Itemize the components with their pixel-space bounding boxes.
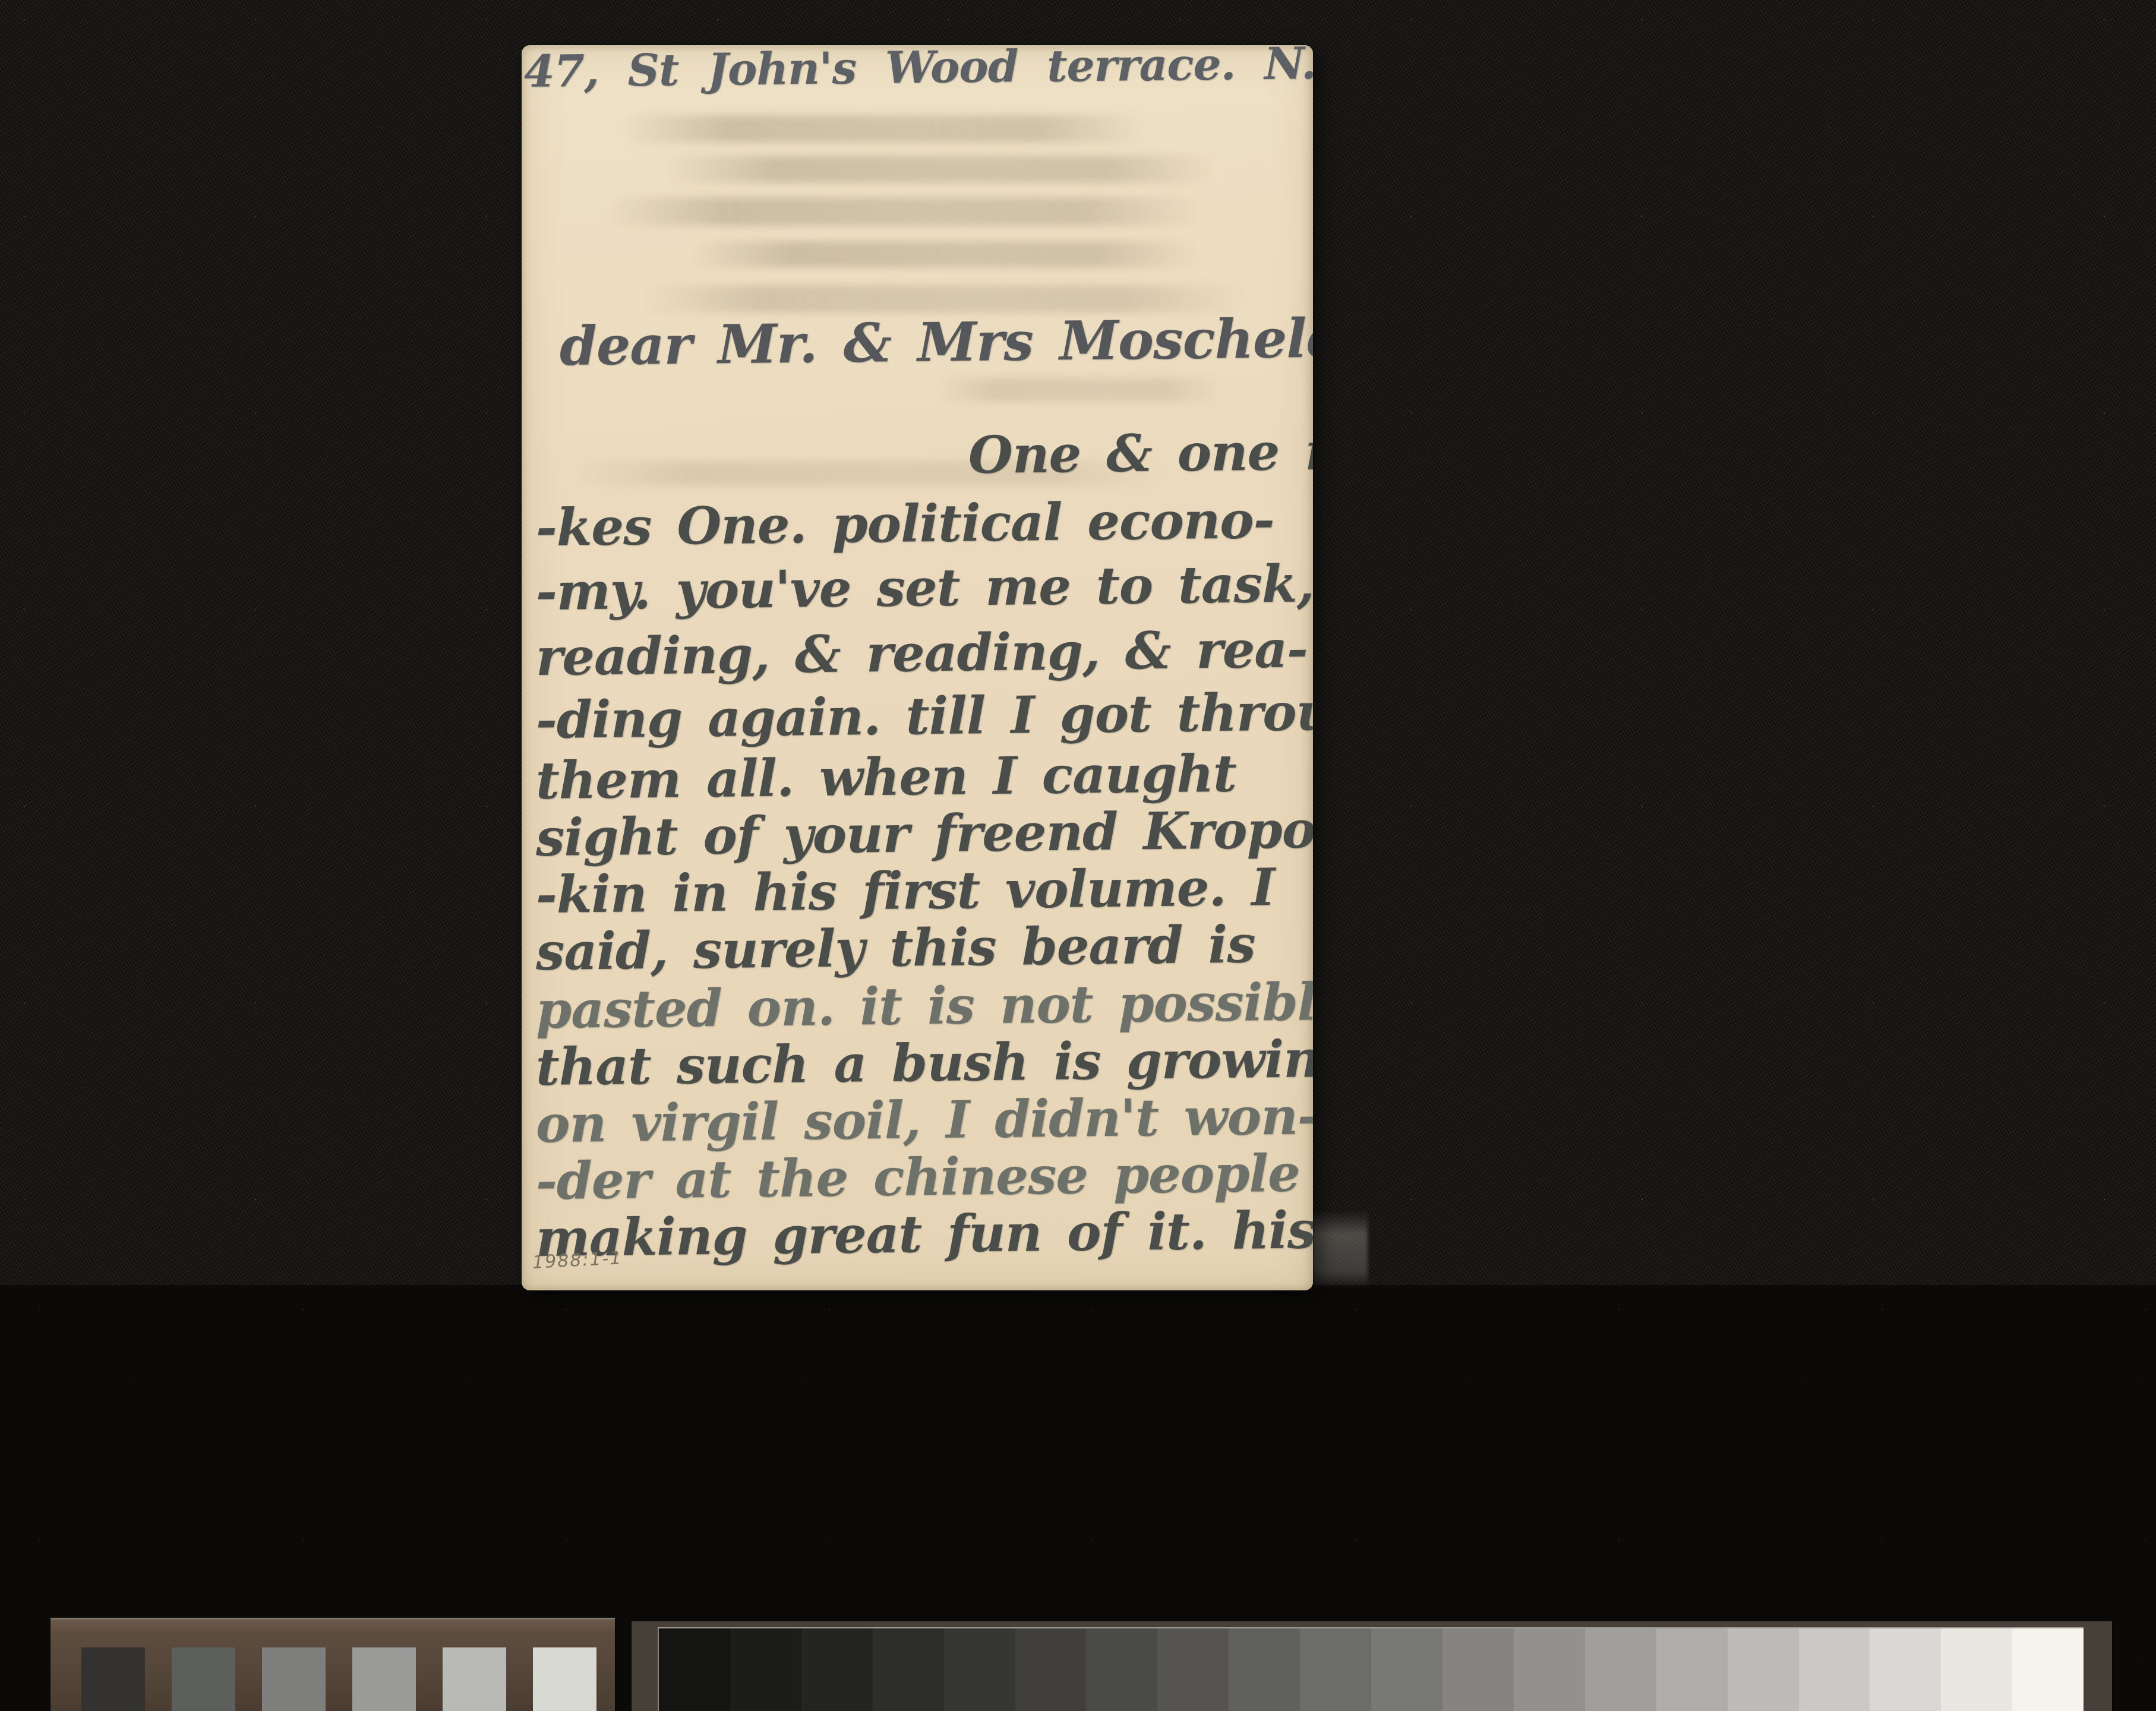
body-line: reading, & reading, & rea- [536,624,1308,683]
body-line: making great fun of it. his [536,1205,1313,1264]
body-line: -ding again. till I got through [536,686,1313,746]
grayscale-patch [172,1647,235,1711]
wedge-step [1371,1628,1442,1711]
wedge-step [1015,1628,1087,1711]
grayscale-patch [81,1647,145,1711]
body-line: that such a bush is growing [536,1034,1313,1093]
wedge-step [1514,1628,1585,1711]
wedge-step [2012,1628,2084,1711]
grayscale-patch [533,1647,596,1711]
salutation: dear Mr. & Mrs Moscheles: [560,311,1313,373]
accession-number: 1988:1-1 [532,1248,623,1273]
grayscale-patch [443,1647,506,1711]
scan-background: 47, St John's Wood terrace. N.W. dear Mr… [0,0,2156,1711]
wedge-step [1656,1628,1728,1711]
wedge-step [1086,1628,1157,1711]
wedge-step [1157,1628,1229,1711]
ink-bleedthrough [664,156,1217,183]
grayscale-patch [352,1647,416,1711]
grayscale-card [50,1618,615,1711]
wedge-step [944,1628,1015,1711]
grayscale-card-patches [81,1647,598,1711]
grayscale-patch [262,1647,326,1711]
wedge-step [1870,1628,1941,1711]
body-line: One & one ma- [968,425,1313,481]
wedge-step [1799,1628,1870,1711]
body-line: pasted on. it is not possible [536,977,1313,1036]
wedge-step [801,1628,873,1711]
body-line: sight of your freend Kropot- [536,804,1313,864]
wedge-step [1941,1628,2012,1711]
paper-edge-sheen [1311,1211,1368,1288]
body-line: said, surely this beard is [536,919,1256,978]
body-line: them all. when I caught [536,749,1237,807]
body-line: -kes One. political econo- [536,495,1274,554]
wedge-step [1229,1628,1300,1711]
ink-bleedthrough [937,378,1223,402]
grayscale-wedge-card [632,1621,2112,1711]
ink-bleedthrough [605,197,1205,226]
ink-bleedthrough [623,115,1145,143]
grayscale-wedge [658,1627,2084,1711]
wedge-step [659,1628,730,1711]
wedge-step [1442,1628,1514,1711]
body-line: -der at the chinese people [536,1148,1300,1207]
body-line: -my. you've set me to task, [536,558,1313,618]
wedge-step [1728,1628,1799,1711]
wedge-step [873,1628,944,1711]
wedge-step [730,1628,801,1711]
wedge-step [1300,1628,1371,1711]
ink-bleedthrough [688,241,1199,267]
body-line: -kin in his first volume. I [536,862,1275,921]
wedge-step [1585,1628,1656,1711]
body-line: on virgil soil, I didn't won- [536,1091,1313,1150]
address-line: 47, St John's Wood terrace. N.W. [524,45,1313,94]
letter-paper: 47, St John's Wood terrace. N.W. dear Mr… [522,45,1313,1290]
